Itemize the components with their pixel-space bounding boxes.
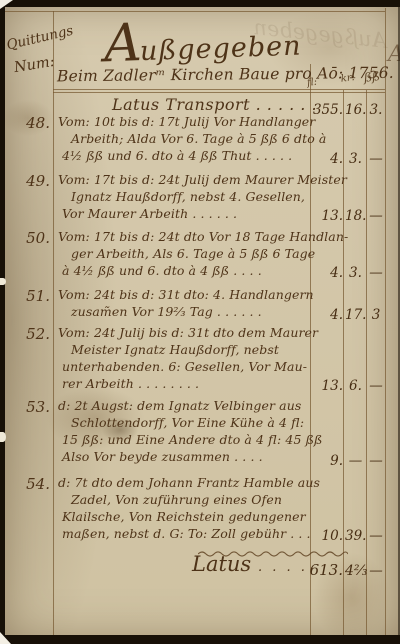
entry-text-line: 4½ ßß und 6. dto à 4 ßß Thut . . . . . (62, 147, 308, 164)
ledger-entry-53: 53. d: 2t Augst: dem Ignatz Velbinger au… (0, 397, 385, 469)
entry-florin: 10. (304, 528, 343, 544)
entry-text-line: d: 7t dto dem Johann Frantz Hamble aus (58, 474, 308, 491)
entry-schilling: — (366, 151, 386, 167)
entry-text: d: 7t dto dem Johann Frantz Hamble aus Z… (58, 474, 308, 542)
ledger-entry-49: 49. Vom: 17t bis d: 24t Julij dem Maurer… (0, 171, 385, 224)
entry-schilling: 3 (366, 307, 386, 323)
entry-text-line: Schlottendorff, Vor Eine Kühe à 4 fl: (71, 414, 308, 431)
entry-text-line: Vom: 24t bis d: 31t dto: 4. Handlangern (58, 286, 308, 303)
entry-florin: 9. (304, 453, 343, 469)
latus-florin: 613. (304, 561, 343, 579)
entry-kreuzer: 3. (345, 265, 366, 281)
entry-text-line: d: 2t Augst: dem Ignatz Velbinger aus (58, 397, 308, 414)
entry-schilling: — (366, 528, 386, 544)
entry-text-line: Vom: 24t Julij bis d: 31t dto dem Maurer (58, 324, 308, 341)
entry-number: 52. (12, 325, 50, 343)
entry-text-line: ger Arbeith, Als 6. Tage à 5 ßß 6 Tage (71, 245, 308, 262)
scan-edge-bottom (0, 635, 400, 644)
entry-kreuzer: 6. (345, 378, 366, 394)
entry-number: 53. (12, 398, 50, 416)
entry-kreuzer: — (345, 453, 366, 469)
entry-number: 51. (12, 287, 50, 305)
entry-florin: 13. (304, 208, 343, 224)
entry-schilling: — (366, 208, 386, 224)
entry-text-line: Meister Ignatz Haußdorff, nebst (71, 341, 308, 358)
entry-text-line: maßen, nebst d. G: To: Zoll gebühr . . . (62, 525, 308, 542)
entry-kreuzer: 18. (345, 208, 366, 224)
ledger-entry-54: 54. d: 7t dto dem Johann Frantz Hamble a… (0, 474, 385, 544)
entry-text: d: 2t Augst: dem Ignatz Velbinger aus Sc… (58, 397, 308, 465)
entry-text: Vom: 17t bis d: 24t dto Vor 18 Tage Hand… (58, 228, 308, 279)
ledger-entry-51: 51. Vom: 24t bis d: 31t dto: 4. Handlang… (0, 286, 385, 323)
scan-edge-top (0, 0, 400, 7)
entry-text-line: zusam̃en Vor 19⅔ Tag . . . . . . (71, 303, 308, 320)
transport-label: Latus Transport . . . . . . (112, 95, 317, 114)
entry-text-line: 15 ßß: und Eine Andere dto à 4 fl: 45 ßß (62, 431, 308, 448)
ledger-entry-52: 52. Vom: 24t Julij bis d: 31t dto dem Ma… (0, 324, 385, 394)
latus-schilling: — (366, 563, 386, 579)
entry-text-line: à 4½ ßß und 6. dto à 4 ßß . . . . (62, 262, 308, 279)
ledger-entry-50: 50. Vom: 17t bis d: 24t dto Vor 18 Tage … (0, 228, 385, 281)
paper-edge-fleck (0, 278, 6, 285)
header-underline-1 (53, 89, 385, 90)
receipt-number-header-line1: Quittungs (5, 23, 75, 54)
entry-text-line: unterhabenden. 6: Gesellen, Vor Mau- (62, 358, 308, 375)
entry-text-line: Zadel, Von zuführung eines Ofen (71, 491, 308, 508)
latus-kreuzer: 4⅔ (345, 563, 366, 579)
entry-schilling: — (366, 453, 386, 469)
currency-col-kreuzer: kr: (340, 71, 365, 88)
entry-text-line: Arbeith; Alda Vor 6. Tage à 5 ßß 6 dto à (71, 130, 308, 147)
entry-schilling: — (366, 378, 386, 394)
entry-florin: 4. (304, 265, 343, 281)
entry-text: Vom: 24t Julij bis d: 31t dto dem Maurer… (58, 324, 308, 392)
entry-text-line: Also Vor beyde zusammen . . . . (62, 448, 308, 465)
entry-text-line: Klailsche, Von Reichstein gedungener (62, 508, 308, 525)
entry-number: 49. (12, 172, 50, 190)
entry-kreuzer: 3. (345, 151, 366, 167)
entry-text: Vom: 24t bis d: 31t dto: 4. Handlangern … (58, 286, 308, 320)
entry-text-line: Ignatz Haußdorff, nebst 4. Gesellen, (71, 188, 308, 205)
entry-number: 54. (12, 475, 50, 493)
entry-number: 50. (12, 229, 50, 247)
entry-text-line: rer Arbeith . . . . . . . . (62, 375, 308, 392)
latus-dot-leaders: . . . . (258, 560, 308, 575)
entry-schilling: — (366, 265, 386, 281)
header-underline-2 (53, 92, 385, 93)
entry-text-line: Vom: 10t bis d: 17t Julij Vor Handlanger (58, 113, 308, 130)
currency-col-schilling: ßß (363, 69, 385, 85)
receipt-number-header-line2: Num: (13, 54, 56, 76)
entry-text: Vom: 17t bis d: 24t Julij dem Maurer Mei… (58, 171, 308, 222)
entry-text-line: Vor Maurer Arbeith . . . . . . (62, 205, 308, 222)
latus-label: Latus (192, 552, 251, 576)
manuscript-ledger-page: Quittungs Num: Außgegeben Außgegeben Bei… (0, 0, 400, 644)
entry-florin: 13. (304, 378, 343, 394)
entry-florin: 4. (304, 151, 343, 167)
entry-kreuzer: 17. (345, 307, 366, 323)
latus-total-row: Latus . . . . 613. 4⅔ — (0, 552, 385, 579)
entry-number: 48. (12, 114, 50, 132)
paper-edge-fleck (0, 432, 6, 442)
page-subtitle: Beim Zadlerᵐ Kirchen Baue pro Aō: 1756. (57, 65, 312, 86)
entry-text-line: Vom: 17t bis d: 24t Julij dem Maurer Mei… (58, 171, 308, 188)
scan-edge-left (0, 0, 5, 644)
entry-florin: 4. (304, 307, 343, 323)
entry-kreuzer: 39. (345, 528, 366, 544)
ledger-entry-48: 48. Vom: 10t bis d: 17t Julij Vor Handla… (0, 113, 385, 167)
entry-text: Vom: 10t bis d: 17t Julij Vor Handlanger… (58, 113, 308, 164)
entry-text-line: Vom: 17t bis d: 24t dto Vor 18 Tage Hand… (58, 228, 308, 245)
